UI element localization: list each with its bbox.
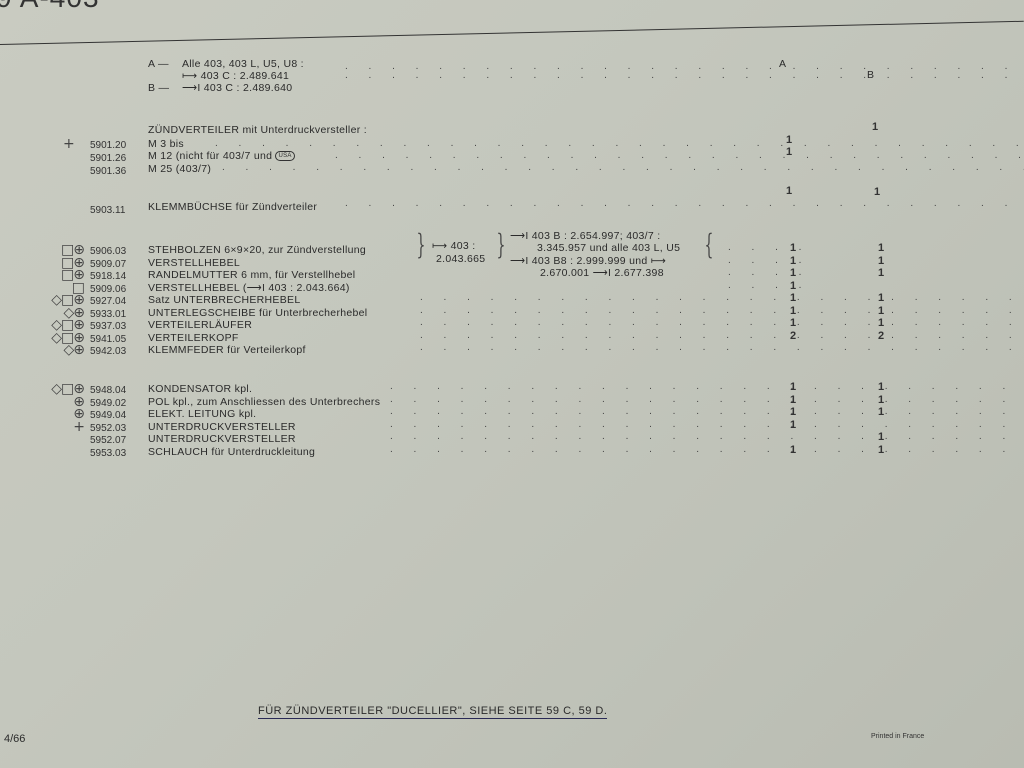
qty-b: 1	[878, 406, 884, 418]
legend-a-label: A —	[148, 58, 169, 70]
part-number: 5901.36	[90, 166, 126, 177]
part-symbol-icons: +	[73, 419, 84, 435]
qty-a: 1	[790, 444, 796, 456]
leader-dots: . . . . . . . . . . . . . . . . . . . . …	[222, 162, 1024, 173]
plus-icon: +	[63, 136, 75, 152]
part-number: 5903.11	[90, 205, 125, 216]
qty-a: 1	[790, 267, 796, 279]
part-desc: M 3 bis	[148, 138, 184, 150]
part-desc: RANDELMUTTER 6 mm, für Verstellhebel	[148, 269, 355, 281]
leader-dots: . . . . . . . . . . . . . . . . . . . . …	[420, 342, 1024, 353]
part-number: 5948.04	[90, 385, 126, 396]
qty-b: 1	[878, 255, 884, 267]
legend-b-text: ⟶I 403 C : 2.489.640	[182, 82, 292, 94]
part-desc: M 25 (403/7)	[148, 163, 211, 175]
part-number: 5942.03	[90, 346, 126, 357]
column-a-header: A	[779, 58, 786, 70]
qty-a: 1	[786, 146, 792, 158]
leader-dots: . . . . . . . . . . . . . . . . . . . . …	[390, 381, 1024, 392]
leader-dots: . . . .	[728, 267, 810, 278]
qty-a: 1	[790, 394, 796, 406]
bracket-note-r2: 3.345.957 und alle 403 L, U5	[537, 242, 680, 254]
part-desc: ZÜNDVERTEILER mit Unterdruckversteller :	[148, 124, 367, 136]
qty-b: 1	[878, 381, 884, 393]
part-number: 5937.03	[90, 321, 126, 332]
leader-dots: . . . .	[728, 255, 810, 266]
qty-a: 1	[790, 317, 796, 329]
column-b-header: B	[867, 69, 874, 81]
part-number: 5927.04	[90, 296, 126, 307]
leader-dots: . . . . . . . . . . . . . . . . . . . . …	[335, 150, 1024, 161]
ducellier-reference-note: FÜR ZÜNDVERTEILER "DUCELLIER", SIEHE SEI…	[258, 705, 607, 719]
qty-a: 1	[786, 185, 792, 197]
qty-b: 1	[878, 444, 884, 456]
leader-dots: . . . . . . . . . . . . . . . . . . . . …	[420, 317, 1024, 328]
qty-a: 2	[790, 330, 796, 342]
legend-a-sub: ⟼ 403 C : 2.489.641	[182, 70, 289, 82]
part-desc: POL kpl., zum Anschliessen des Unterbrec…	[148, 396, 380, 408]
qty-b: 1	[878, 431, 884, 443]
part-desc: KLEMMBÜCHSE für Zündverteiler	[148, 201, 317, 213]
bracket-note-r1: ⟶I 403 B : 2.654.997; 403/7 :	[510, 230, 660, 242]
leader-dots: . . . . . . . . . . . . . . . . . . . . …	[390, 419, 1024, 430]
part-desc: VERSTELLHEBEL (⟶I 403 : 2.043.664)	[148, 282, 350, 294]
part-desc: UNTERDRUCKVERSTELLER	[148, 421, 296, 433]
part-number: 5953.03	[90, 448, 126, 459]
qty-b: 1	[878, 242, 884, 254]
leader-dots: . . . . . . . . . . . . . . . . . . . . …	[420, 330, 1024, 341]
part-number: 5952.03	[90, 423, 126, 434]
brace-left: }	[416, 228, 425, 261]
part-number: 5949.04	[90, 410, 126, 421]
leader-dots: . . . .	[728, 280, 810, 291]
qty-a: 1	[786, 134, 792, 146]
edition-date: 4/66	[4, 733, 25, 745]
qty-a: 1	[790, 381, 796, 393]
part-desc: KLEMMFEDER für Verteilerkopf	[148, 344, 306, 356]
leader-dots: . . . . . . . . . . . . . . . . . . . . …	[215, 138, 1024, 149]
legend-b-label: B —	[148, 82, 169, 94]
part-number: 5949.02	[90, 398, 126, 409]
qty-b: 1	[874, 186, 880, 198]
part-desc: ELEKT. LEITUNG kpl.	[148, 408, 256, 420]
qty-a: 1	[790, 419, 796, 431]
part-number: 5901.26	[90, 153, 126, 164]
part-number: 5933.01	[90, 309, 126, 320]
qty-b: 1	[878, 267, 884, 279]
bracket-note-left2: 2.043.665	[436, 253, 485, 265]
leader-dots: . . . . . . . . . . . . . . . . . . . . …	[345, 61, 1024, 72]
bracket-note-r3: ⟶I 403 B8 : 2.999.999 und ⟼	[510, 255, 666, 267]
usa-badge-icon: USA	[275, 151, 294, 161]
part-number: 5941.05	[90, 334, 126, 345]
leader-dots: . . . . . . . . . . . . . . . . . . . . …	[345, 198, 1024, 209]
leader-dots: . . . . . . . . . . . . . . . . . . . . …	[420, 305, 1024, 316]
leader-dots: . . . . . . . . . . . . . . . . . . . . …	[390, 406, 1024, 417]
part-desc: Satz UNTERBRECHERHEBEL	[148, 294, 300, 306]
part-number: 5906.03	[90, 246, 126, 257]
qty-a: 1	[790, 255, 796, 267]
leader-dots: . . . .	[728, 242, 810, 253]
leader-dots: . . . . . . . . . . . . . . . . . . . . …	[420, 292, 1024, 303]
part-desc: UNTERLEGSCHEIBE für Unterbrecherhebel	[148, 307, 367, 319]
page-code: 9 A-403	[0, 0, 100, 14]
leader-dots: . . . . . . . . . . . . . . . . . . . . …	[390, 431, 1024, 442]
bracket-note-left: ⟼ 403 :	[432, 240, 475, 252]
qty-b: 1	[878, 292, 884, 304]
part-desc: VERTEILERKOPF	[148, 332, 239, 344]
bracket-note-r4: 2.670.001 ⟶I 2.677.398	[540, 267, 664, 279]
leader-dots: . . . . . . . . . . . . . . . . . . . . …	[390, 444, 1024, 455]
qty-a: 1	[790, 406, 796, 418]
qty-a: 1	[790, 305, 796, 317]
brace-mid: }	[496, 228, 505, 261]
part-number: 5909.07	[90, 259, 126, 270]
part-desc: UNTERDRUCKVERSTELLER	[148, 433, 296, 445]
part-desc: SCHLAUCH für Unterdruckleitung	[148, 446, 315, 458]
part-desc: VERSTELLHEBEL	[148, 257, 240, 269]
part-number: 5918.14	[90, 271, 126, 282]
leader-dots: . . . . . . . . . . . . . . . . . . . . …	[390, 394, 1024, 405]
part-number: 5909.06	[90, 284, 126, 295]
qty-a: 1	[790, 280, 796, 292]
part-number: 5901.20	[90, 140, 126, 151]
qty-b: 1	[872, 121, 878, 133]
legend-a-text: Alle 403, 403 L, U5, U8 :	[182, 58, 304, 70]
part-desc: VERTEILERLÄUFER	[148, 319, 252, 331]
part-number: 5952.07	[90, 435, 126, 446]
part-desc: M 12 (nicht für 403/7 und USA	[148, 150, 295, 162]
part-symbol-icons: ◇⊕	[64, 342, 85, 358]
part-desc: STEHBOLZEN 6×9×20, zur Zündverstellung	[148, 244, 366, 256]
header-rule	[0, 21, 1024, 45]
qty-b: 1	[878, 394, 884, 406]
qty-b: 1	[878, 305, 884, 317]
brace-right: {	[704, 228, 713, 261]
printed-in-france: Printed in France	[871, 733, 924, 740]
part-desc: KONDENSATOR kpl.	[148, 383, 252, 395]
qty-a: 1	[790, 292, 796, 304]
qty-b: 2	[878, 330, 884, 342]
qty-b: 1	[878, 317, 884, 329]
qty-a: 1	[790, 242, 796, 254]
